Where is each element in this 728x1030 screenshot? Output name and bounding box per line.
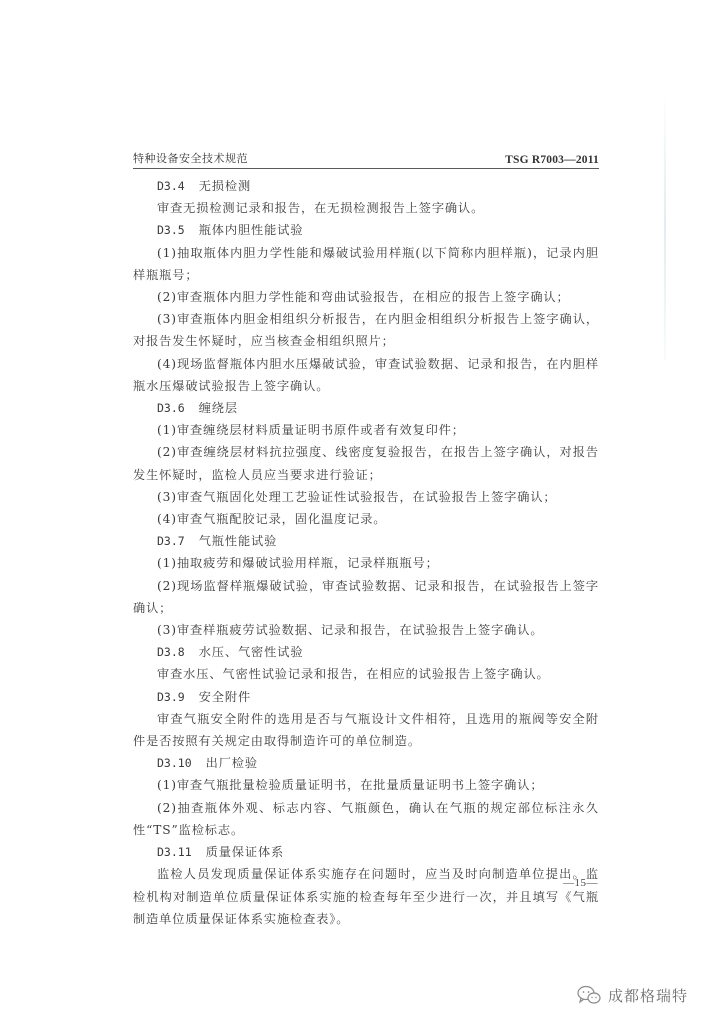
running-head: 特种设备安全技术规范 TSG R7003—2011 <box>133 148 599 169</box>
page-number: —15— <box>530 877 598 889</box>
paragraph: 审查水压、气密性试验记录和报告，在相应的试验报告上签字确认。 <box>133 663 599 685</box>
paragraph: 审查无损检测记录和报告，在无损检测报告上签字确认。 <box>133 197 599 219</box>
section-number: D3.8 <box>157 645 185 659</box>
section-title: 质量保证体系 <box>206 845 285 859</box>
paragraph: (2)现场监督样瓶爆破试验，审查试验数据、记录和报告，在试验报告上签字确认； <box>133 575 599 619</box>
section-heading: D3.5瓶体内胆性能试验 <box>133 219 599 241</box>
section-number: D3.10 <box>157 756 192 770</box>
section-title: 安全附件 <box>199 690 251 704</box>
section-number: D3.5 <box>157 223 185 237</box>
page-edge-shadow <box>664 90 666 360</box>
section-number: D3.9 <box>157 690 185 704</box>
section-title: 缠绕层 <box>199 401 238 415</box>
section-title: 水压、气密性试验 <box>199 645 304 659</box>
section-number: D3.4 <box>157 179 185 193</box>
section-heading: D3.4无损检测 <box>133 175 599 197</box>
wechat-icon <box>576 984 602 1006</box>
paragraph: (3)审查气瓶固化处理工艺验证性试验报告，在试验报告上签字确认； <box>133 486 599 508</box>
paragraph: (3)审查瓶体内胆金相组织分析报告，在内胆金相组织分析报告上签字确认，对报告发生… <box>133 308 599 352</box>
document-page: 特种设备安全技术规范 TSG R7003—2011 D3.4无损检测 审查无损检… <box>133 148 599 930</box>
paragraph: (1)抽取疲劳和爆破试验用样瓶，记录样瓶瓶号； <box>133 552 599 574</box>
section-number: D3.6 <box>157 401 185 415</box>
paragraph: 审查气瓶安全附件的选用是否与气瓶设计文件相符，且选用的瓶阀等安全附件是否按照有关… <box>133 708 599 752</box>
section-heading: D3.8水压、气密性试验 <box>133 641 599 663</box>
document-body: D3.4无损检测 审查无损检测记录和报告，在无损检测报告上签字确认。 D3.5瓶… <box>133 175 599 930</box>
section-heading: D3.6缠绕层 <box>133 397 599 419</box>
paragraph: (4)审查气瓶配胶记录，固化温度记录。 <box>133 508 599 530</box>
section-number: D3.11 <box>157 845 192 859</box>
section-heading: D3.9安全附件 <box>133 686 599 708</box>
paragraph: (1)抽取瓶体内胆力学性能和爆破试验用样瓶(以下简称内胆样瓶)，记录内胆样瓶瓶号… <box>133 242 599 286</box>
paragraph: (1)审查气瓶批量检验质量证明书，在批量质量证明书上签字确认； <box>133 774 599 796</box>
section-title: 气瓶性能试验 <box>199 534 278 548</box>
account-watermark: 成都格瑞特 <box>576 984 688 1006</box>
paragraph: 监检人员发现质量保证体系实施存在问题时，应当及时向制造单位提出。监检机构对制造单… <box>133 863 599 930</box>
paragraph: (2)审查缠绕层材料抗拉强度、线密度复验报告，在报告上签字确认，对报告发生怀疑时… <box>133 441 599 485</box>
section-heading: D3.11质量保证体系 <box>133 841 599 863</box>
paragraph: (2)审查瓶体内胆力学性能和弯曲试验报告，在相应的报告上签字确认； <box>133 286 599 308</box>
section-title: 出厂检验 <box>206 756 258 770</box>
running-head-right: TSG R7003—2011 <box>505 154 599 166</box>
section-heading: D3.10出厂检验 <box>133 752 599 774</box>
section-title: 无损检测 <box>199 179 251 193</box>
section-number: D3.7 <box>157 534 185 548</box>
section-title: 瓶体内胆性能试验 <box>199 223 304 237</box>
paragraph: (4)现场监督瓶体内胆水压爆破试验，审查试验数据、记录和报告，在内胆样瓶水压爆破… <box>133 353 599 397</box>
paragraph: (3)审查样瓶疲劳试验数据、记录和报告，在试验报告上签字确认。 <box>133 619 599 641</box>
paragraph: (1)审查缠绕层材料质量证明书原件或者有效复印件； <box>133 419 599 441</box>
section-heading: D3.7气瓶性能试验 <box>133 530 599 552</box>
running-head-left: 特种设备安全技术规范 <box>133 150 248 166</box>
paragraph: (2)抽查瓶体外观、标志内容、气瓶颜色，确认在气瓶的规定部位标注永久性“TS”监… <box>133 797 599 841</box>
watermark-text: 成都格瑞特 <box>608 985 688 1006</box>
